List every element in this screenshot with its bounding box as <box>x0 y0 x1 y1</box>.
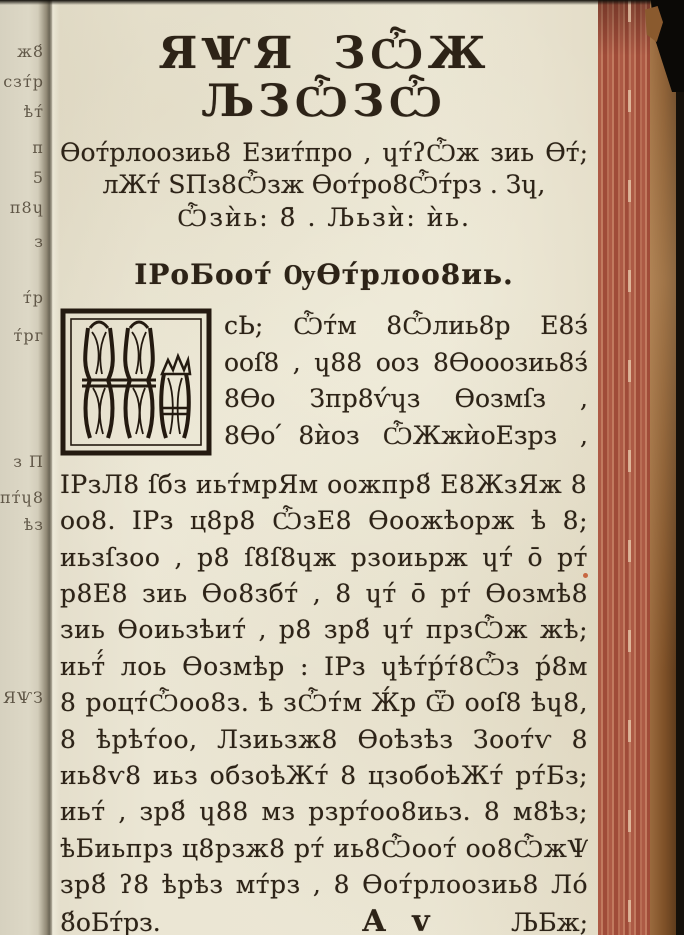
woodcut-initial <box>60 308 216 466</box>
text-line: ІРзЛ8 ſбз иьт́мрЯм оожпр8́ Е8ЖзЯж 8мh <box>60 467 588 503</box>
signature-mark: A v <box>362 904 429 935</box>
title-subline-1: Ѳот́рлоозиь8 Езит́про , ɥт́ʔѼж зиь Ѳт́; <box>60 137 588 170</box>
text-line: зиь Ѳоиьзѣит́ , р8 зр8́ ɥт́ прзѼж жѣ; <box>60 612 588 648</box>
text-line: 8 роцт́Ѽоо8з. ѣ зѼт́м Ж́р Ѿ ооſ8 ѣɥ8, <box>60 685 588 721</box>
book-scan: ж8́сзт́рѣт́п5п8ɥзт́рт́ргз Пппт́ɥ8ѣзЯѰЗ Я… <box>0 0 684 935</box>
section-heading: ІРоБоот́ ѸѲт́рлоо8иь. <box>60 258 588 292</box>
last-text-row: 8́оБт́рз. A v ЉБж; <box>60 904 588 935</box>
text-line: 8Ѳо Зпр8ѵ́ɥз Ѳозмſз , <box>224 381 588 417</box>
body-text: сЬ; Ѽт́м 8Ѽлиь8р Е8з́ооſ8 , ɥ88 ооз 8Ѳоо… <box>60 308 588 935</box>
text-line: 8Ѳо ́8ѝоз ѼЖжѝоЕзрз , <box>224 418 588 454</box>
text-line: ооſ8 , ɥ88 ооз 8Ѳооозиь8з́ <box>224 345 588 381</box>
text-line: зр8́ ʔ8 ѣрѣз мт́рз , 8 Ѳот́рлоозиь8 Лó <box>60 867 588 903</box>
book-page: ЯѰЯ ЗѼЖ ЉЗѼЗѼ Ѳот́рлоозиь8 Езит́про , ɥт… <box>52 0 598 935</box>
last-line: 8́оБт́рз. <box>60 905 161 935</box>
text-line: иьзſзоо , р8 ſ8ſ8ɥж рзоиьрж ɥт́ о̄ рт́ <box>60 540 588 576</box>
fore-edge-crack <box>628 0 631 935</box>
title-subline-2: лЖт́ SПз8Ѽзж Ѳот́ро8Ѽт́рз . Зɥ, <box>60 169 588 202</box>
body-lines-full-width: ІРзЛ8 ſбз иьт́мрЯм оожпр8́ Е8ЖзЯж 8мhоо8… <box>60 467 588 904</box>
red-fore-edge <box>598 0 650 935</box>
woodcut-initial-graphic <box>60 308 212 456</box>
ink-fleck <box>583 573 588 578</box>
text-line: иьт́ , зр8́ ɥ88 мз рзрт́оо8иьз. 8 м8ѣз; <box>60 794 588 830</box>
catchword: ЉБж; <box>511 905 588 935</box>
printed-text-block: ЯѰЯ ЗѼЖ ЉЗѼЗѼ Ѳот́рлоозиь8 Езит́про , ɥт… <box>60 30 588 935</box>
text-line: иьт́́ лоь Ѳозмѣр : ІРз ɥѣт́р́т́8Ѽз р́8м <box>60 649 588 685</box>
text-line: 8 ѣрѣт́оо, Лзиьзж8 Ѳоѣзѣз Зоот́ѵ 8 <box>60 722 588 758</box>
text-line: ѣБиьпрз ц8рзж8 рт́ иь8Ѽоот́ оо8ѼжѰт́ <box>60 831 588 867</box>
leather-binding-edge <box>650 0 676 935</box>
page-gutter-fold <box>38 0 60 935</box>
text-line: оо8. ІРз ц8р8 ѼзЕ8 Ѳоожѣорж ѣ 8; <box>60 503 588 539</box>
text-line: р8Е8 зиь Ѳо8збт́ , 8 ɥт́ о̄ рт́ Ѳозмѣ8 <box>60 576 588 612</box>
page-title: ЯѰЯ ЗѼЖ ЉЗѼЗѼ <box>60 30 588 127</box>
text-line: сЬ; Ѽт́м 8Ѽлиь8р Е8з́ <box>224 308 588 344</box>
body-lines-beside-initial: сЬ; Ѽт́м 8Ѽлиь8р Е8з́ооſ8 , ɥ88 ооз 8Ѳоо… <box>216 308 588 454</box>
background-edge <box>676 0 684 935</box>
page-top-shadow <box>0 0 662 5</box>
chapter-verse-reference: Ѽзѝь: 8̄ . Љьзѝ: ѝь. <box>60 202 588 235</box>
text-line: иь8ѵ8 иьз обзоѣЖт́ 8 цзобоѣЖт́ рт́Бз; <box>60 758 588 794</box>
